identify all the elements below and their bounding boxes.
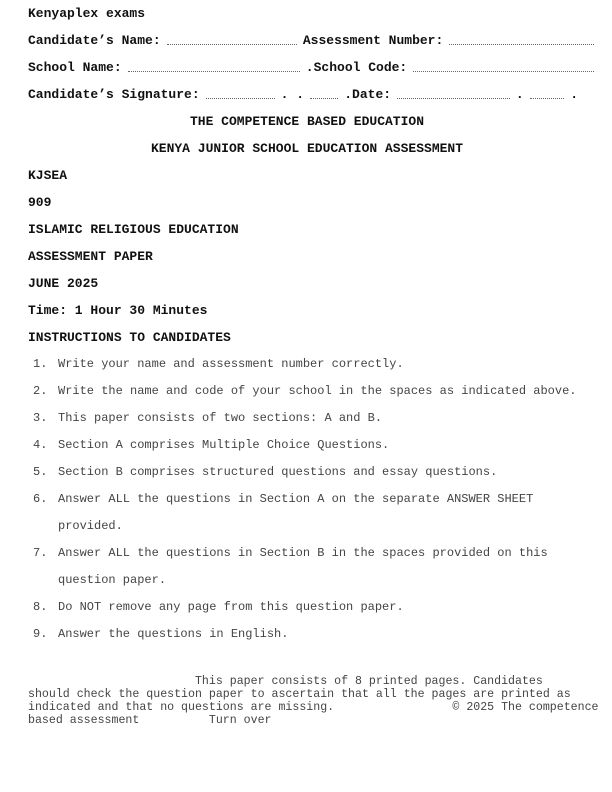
- dot-separator: . .: [281, 81, 304, 108]
- dot-separator: .: [516, 81, 524, 108]
- instructions-heading: INSTRUCTIONS TO CANDIDATES: [28, 324, 600, 351]
- footer-note: This paper consists of 8 printed pages. …: [28, 675, 600, 727]
- instruction-text: This paper consists of two sections: A a…: [58, 405, 600, 432]
- instructions-list: 1. Write your name and assessment number…: [28, 351, 600, 648]
- signature-label: Candidate’s Signature:: [28, 81, 200, 108]
- instruction-item: 8. Do NOT remove any page from this ques…: [33, 594, 600, 621]
- meta-paper-type: ASSESSMENT PAPER: [28, 243, 600, 270]
- instruction-item: 7. Answer ALL the questions in Section B…: [33, 540, 600, 594]
- dot-separator: .: [306, 54, 314, 81]
- instruction-number: 6.: [33, 486, 58, 540]
- school-code-blank-line: [413, 71, 594, 72]
- date-blank-line: [397, 98, 510, 99]
- instruction-number: 5.: [33, 459, 58, 486]
- title-kenya-junior-school-assessment: KENYA JUNIOR SCHOOL EDUCATION ASSESSMENT: [28, 135, 600, 162]
- instruction-text: Write your name and assessment number co…: [58, 351, 600, 378]
- title-competence-based-education: THE COMPETENCE BASED EDUCATION: [28, 108, 600, 135]
- meta-time-allowed: Time: 1 Hour 30 Minutes: [28, 297, 600, 324]
- school-name-blank-line: [128, 71, 300, 72]
- instruction-item: 6. Answer ALL the questions in Section A…: [33, 486, 600, 540]
- instruction-text: Answer ALL the questions in Section A on…: [58, 486, 600, 540]
- instruction-number: 8.: [33, 594, 58, 621]
- exam-cover-page: Kenyaplex exams Candidate’s Name: Assess…: [0, 0, 612, 792]
- date-label: .Date:: [344, 81, 391, 108]
- instruction-item: 2. Write the name and code of your schoo…: [33, 378, 600, 405]
- instruction-text: Answer ALL the questions in Section B in…: [58, 540, 600, 594]
- meta-exam-date: JUNE 2025: [28, 270, 600, 297]
- instruction-number: 1.: [33, 351, 58, 378]
- instruction-number: 9.: [33, 621, 58, 648]
- instruction-number: 7.: [33, 540, 58, 594]
- instruction-item: 1. Write your name and assessment number…: [33, 351, 600, 378]
- school-code-label: School Code:: [314, 54, 408, 81]
- instruction-text: Do NOT remove any page from this questio…: [58, 594, 600, 621]
- brand-text: Kenyaplex exams: [28, 0, 600, 27]
- instruction-number: 2.: [33, 378, 58, 405]
- instruction-item: 9. Answer the questions in English.: [33, 621, 600, 648]
- instruction-item: 4. Section A comprises Multiple Choice Q…: [33, 432, 600, 459]
- school-name-label: School Name:: [28, 54, 122, 81]
- school-name-row: School Name: . School Code:: [28, 54, 600, 81]
- assessment-number-label: Assessment Number:: [303, 27, 443, 54]
- dot-separator: .: [570, 81, 578, 108]
- meta-kjsea: KJSEA: [28, 162, 600, 189]
- signature-date-row: Candidate’s Signature: . . .Date: . .: [28, 81, 600, 108]
- signature-blank-line: [206, 98, 275, 99]
- instruction-item: 5. Section B comprises structured questi…: [33, 459, 600, 486]
- instruction-number: 4.: [33, 432, 58, 459]
- candidate-name-row: Candidate’s Name: Assessment Number:: [28, 27, 600, 54]
- instruction-text: Answer the questions in English.: [58, 621, 600, 648]
- candidate-name-label: Candidate’s Name:: [28, 27, 161, 54]
- meta-subject: ISLAMIC RELIGIOUS EDUCATION: [28, 216, 600, 243]
- instruction-item: 3. This paper consists of two sections: …: [33, 405, 600, 432]
- assessment-number-blank-line: [449, 44, 594, 45]
- instruction-text: Write the name and code of your school i…: [58, 378, 600, 405]
- signature-blank-line-2: [310, 98, 338, 99]
- candidate-name-blank-line: [167, 44, 297, 45]
- instruction-text: Section B comprises structured questions…: [58, 459, 600, 486]
- meta-paper-code: 909: [28, 189, 600, 216]
- instruction-text: Section A comprises Multiple Choice Ques…: [58, 432, 600, 459]
- instruction-number: 3.: [33, 405, 58, 432]
- date-blank-line-2: [530, 98, 564, 99]
